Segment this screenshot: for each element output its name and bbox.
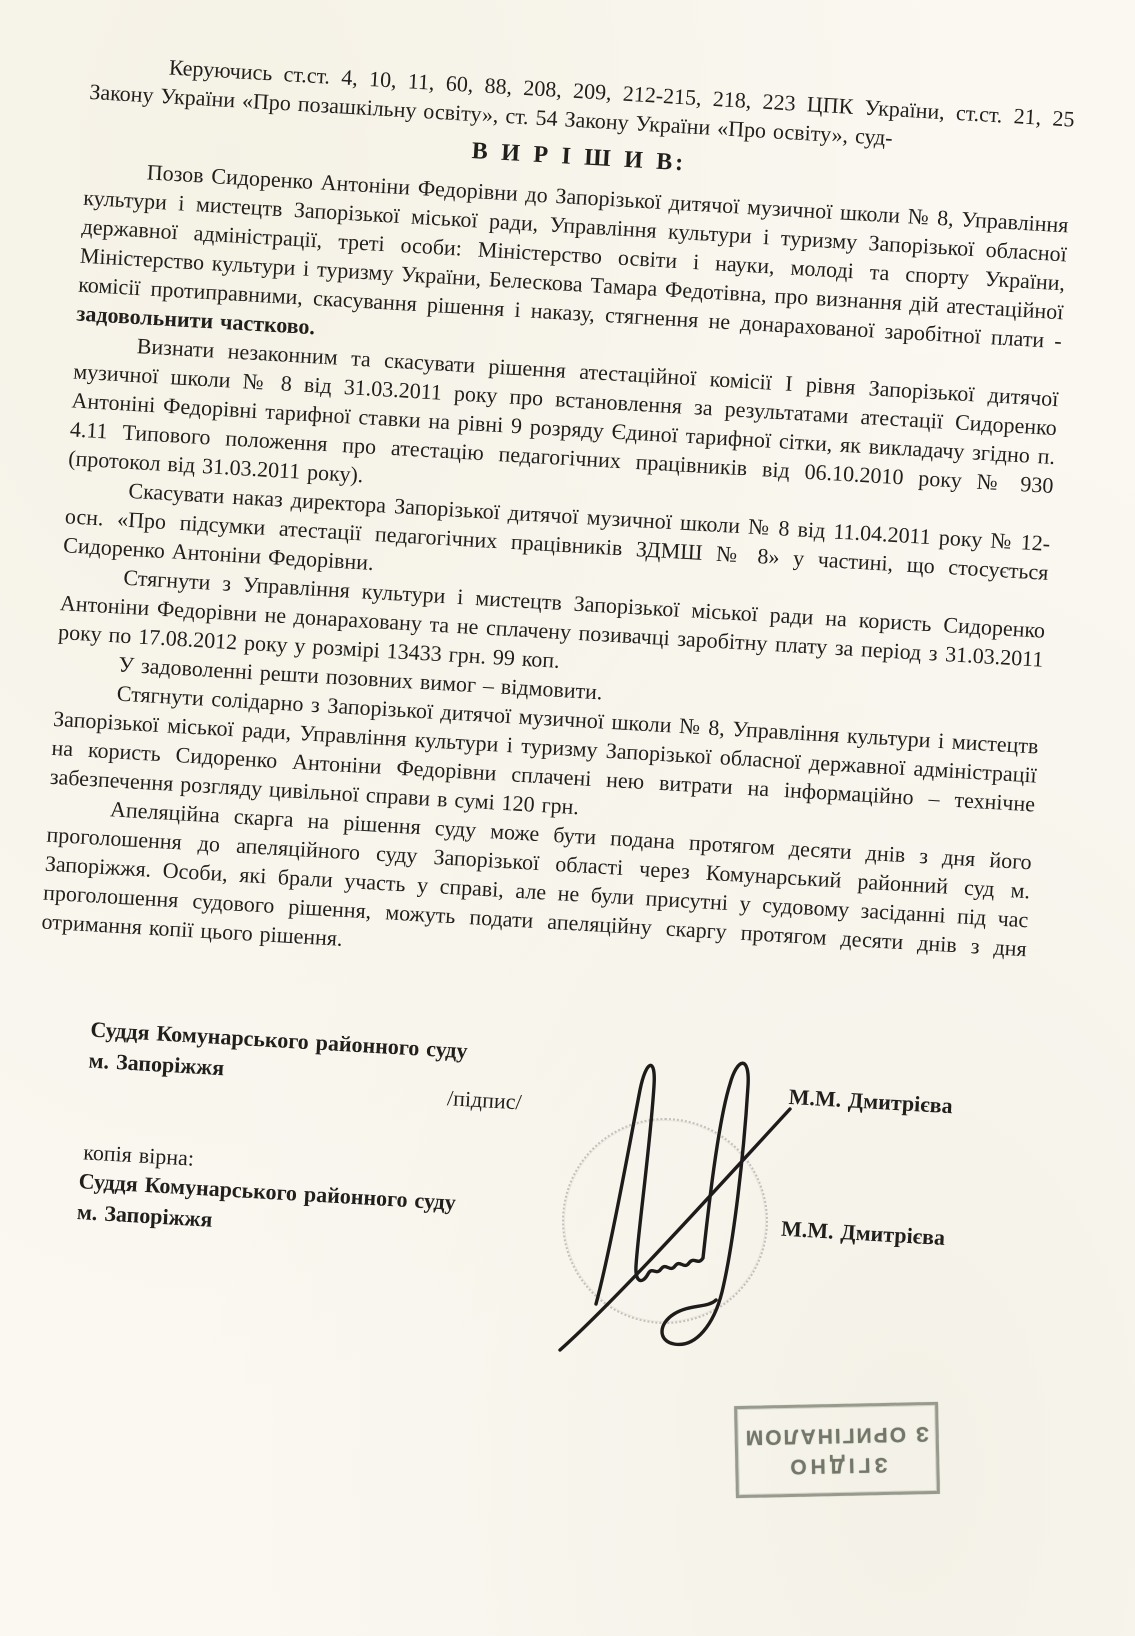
judge-title-block: Суддя Комунарського районного суду м. За… — [88, 1014, 469, 1098]
judge-title-block-copy: Суддя Комунарського районного суду м. За… — [76, 1165, 457, 1249]
judge-handwritten-signature — [538, 1052, 804, 1356]
certification-stamp-text: ЗГІДНО З ОРИГІНАЛОМ — [744, 1418, 931, 1482]
scanned-court-decision-page: Керуючись ст.ст. 4, 10, 11, 60, 88, 208,… — [0, 0, 1135, 1636]
certification-stamp: ЗГІДНО З ОРИГІНАЛОМ — [734, 1402, 940, 1498]
judge-name: М.М. Дмитрієва — [788, 1082, 954, 1120]
stamp-line-1: ЗГІДНО — [744, 1448, 930, 1482]
stamp-line-2: З ОРИГІНАЛОМ — [744, 1418, 930, 1452]
judge-name-copy: М.М. Дмитрієва — [780, 1214, 946, 1252]
signature-placeholder-note: /підпис/ — [446, 1083, 522, 1116]
